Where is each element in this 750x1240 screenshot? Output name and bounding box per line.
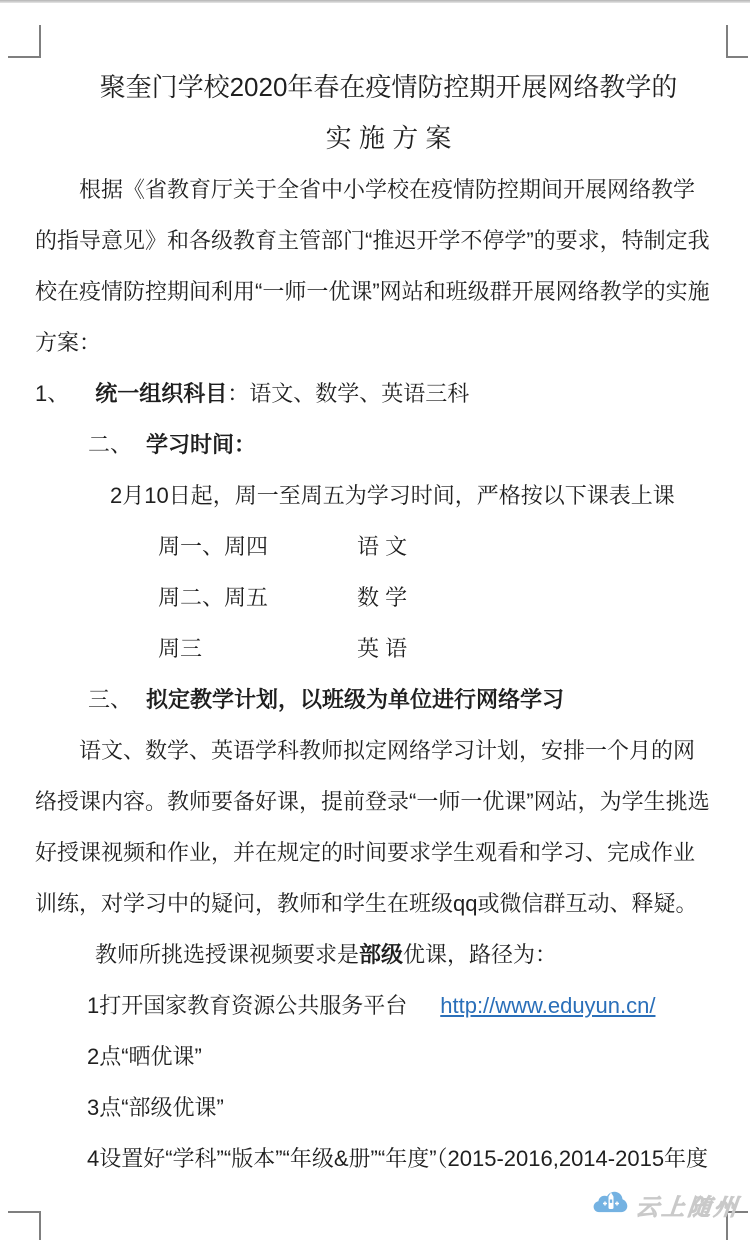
watermark-label: 云上随州 bbox=[634, 1189, 741, 1222]
path-step-4: 4设置好“学科”“版本”“年级&册”“年度”（2015-2016,2014-20… bbox=[35, 1133, 742, 1184]
video-requirement-pre: 教师所挑选授课视频要求是 bbox=[95, 942, 359, 967]
list-item-1-number: 1、 bbox=[35, 368, 69, 419]
crop-mark-top-right-icon bbox=[726, 25, 748, 58]
path-step-3: 3点“部级优课” bbox=[35, 1082, 742, 1133]
schedule-days: 周二、周五 bbox=[158, 572, 357, 623]
crop-mark-bottom-left-icon bbox=[8, 1211, 41, 1240]
eduyun-link[interactable]: http://www.eduyun.cn/ bbox=[440, 993, 655, 1018]
schedule-subject: 数 学 bbox=[357, 585, 407, 610]
schedule-row: 周一、周四语 文 bbox=[35, 521, 742, 572]
list-item-1-text: ：语文、数学、英语三科 bbox=[227, 381, 469, 406]
plan-paragraph-line: 语文、数学、英语学科教师拟定网络学习计划，安排一个月的网 bbox=[35, 725, 742, 776]
list-item-2: 二、学习时间： bbox=[35, 419, 742, 470]
path-step-1-text: 1打开国家教育资源公共服务平台 bbox=[87, 993, 407, 1018]
schedule-row: 周三英 语 bbox=[35, 623, 742, 674]
list-item-3: 三、拟定教学计划，以班级为单位进行网络学习 bbox=[35, 674, 742, 725]
watermark: 云上随州 bbox=[592, 1188, 740, 1222]
schedule-subject: 英 语 bbox=[357, 636, 407, 661]
intro-paragraph-line: 校在疫情防控期间利用“一师一优课”网站和班级群开展网络教学的实施 bbox=[35, 266, 742, 317]
list-item-2-number: 二、 bbox=[88, 419, 132, 470]
list-item-2-heading: 学习时间： bbox=[146, 432, 256, 457]
schedule-row: 周二、周五数 学 bbox=[35, 572, 742, 623]
schedule-intro-line: 2月10日起，周一至周五为学习时间，严格按以下课表上课 bbox=[35, 470, 742, 521]
video-requirement-bold: 部级 bbox=[359, 942, 403, 967]
plan-paragraph-line: 络授课内容。教师要备好课，提前登录“一师一优课”网站，为学生挑选 bbox=[35, 776, 742, 827]
intro-paragraph-line: 方案： bbox=[35, 317, 742, 368]
list-item-1-heading: 统一组织科目 bbox=[95, 381, 227, 406]
list-item-1: 1、统一组织科目：语文、数学、英语三科 bbox=[35, 368, 742, 419]
list-item-3-number: 三、 bbox=[88, 674, 132, 725]
document-title-line2: 实 施 方 案 bbox=[35, 113, 742, 164]
path-step-1: 1打开国家教育资源公共服务平台http://www.eduyun.cn/ bbox=[35, 980, 742, 1031]
document-page: 聚奎门学校2020年春在疫情防控期开展网络教学的 实 施 方 案 根据《省教育厅… bbox=[0, 0, 750, 1240]
video-requirement-line: 教师所挑选授课视频要求是部级优课，路径为： bbox=[35, 929, 742, 980]
video-requirement-post: 优课，路径为： bbox=[403, 942, 557, 967]
intro-paragraph-line: 的指导意见》和各级教育主管部门“推迟开学不停学”的要求，特制定我 bbox=[35, 215, 742, 266]
document-content: 聚奎门学校2020年春在疫情防控期开展网络教学的 实 施 方 案 根据《省教育厅… bbox=[35, 62, 742, 1184]
document-title-line1: 聚奎门学校2020年春在疫情防控期开展网络教学的 bbox=[35, 62, 742, 113]
plan-paragraph-line: 好授课视频和作业，并在规定的时间要求学生观看和学习、完成作业 bbox=[35, 827, 742, 878]
crop-mark-top-left-icon bbox=[8, 25, 41, 58]
path-step-2: 2点“晒优课” bbox=[35, 1031, 742, 1082]
cloud-logo-icon bbox=[592, 1188, 630, 1222]
schedule-subject: 语 文 bbox=[357, 534, 407, 559]
page-top-edge-line bbox=[0, 0, 750, 3]
intro-paragraph-line: 根据《省教育厅关于全省中小学校在疫情防控期间开展网络教学 bbox=[35, 164, 742, 215]
schedule-days: 周三 bbox=[158, 623, 357, 674]
schedule-days: 周一、周四 bbox=[158, 521, 357, 572]
plan-paragraph-line: 训练，对学习中的疑问，教师和学生在班级qq或微信群互动、释疑。 bbox=[35, 878, 742, 929]
list-item-3-heading: 拟定教学计划，以班级为单位进行网络学习 bbox=[146, 687, 564, 712]
